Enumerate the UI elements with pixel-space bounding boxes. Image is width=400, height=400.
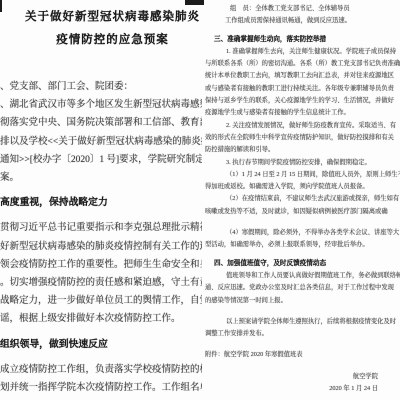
text-line: 通、反应迅速。党政办公室及时汇总各类信息，对于工作过程中发现 [202,282,400,294]
text-line: 好新型冠状病毒感染的肺炎疫情控制有关工作的通 [0,238,203,256]
text-line: 1. 准确掌握师生去向，关注师生健康状况。学院班子成员保持 [202,46,400,58]
text-line: （4）寒假期间，除必须外，不得举办各类学术会议、讲座等大 [202,227,400,239]
text-line: 咳嗽或发热等不适，及时就诊，如因疑似病例被医疗部门隔离或确 [202,206,400,218]
text-line: 调整工作安排并发布。 [202,328,400,340]
text-line: 成立疫情防控工作组，负责落实学校疫情防控的相 [0,361,203,379]
text-line: 附件：航空学院 2020 年寒假值班表 [202,349,400,361]
scan-artifact-mark [0,0,2,12]
text-line: 工作组成员需保持通讯畅通，做到反应迅速。 [202,15,400,27]
scan-artifact-mark [185,0,204,5]
text-line: （2）在疫情结束前，不建议师生去武汉旅游或探亲，师生如有 [202,193,400,205]
text-line: 贯彻习近平总书记重要指示和李克强总理批示精神 [0,219,203,237]
section-heading: 高度重视，保持战略定力 [0,194,203,212]
doc-title: 关于做好新型冠状病毒感染肺炎 疫情防控的应急预案 [0,0,203,52]
blank-line [202,340,400,349]
text-line: 。切实增强疫情防控的责任感和紧迫感，守土有责 [0,274,203,292]
text-line: 2. 关注疫情发展情况，做好师生防疫教育宣传。采取适当、有 [202,120,400,132]
section-heading: 四、加强值班值守，及时反馈疫情动态 [202,258,400,270]
text-line: 效的形式在全院师生中科学宣传疫情防护知识，做好防控摸排和有关 [202,132,400,144]
doc-title-line: 关于做好新型冠状病毒感染肺炎 [22,6,203,29]
text-line: 与所联系各系（所）的密切沟通。各系（所）教工党支部书记负责准确 [202,58,400,70]
text-line: 谣，根据上级安排做好本次疫情防控工作。 [0,310,203,328]
text-line: 型活动，如确需举办，必须上报联系领导，经审批后举办。 [202,239,400,251]
text-line: 排以及学校<<关于做好新型冠状病毒感染的肺炎疫 [0,133,203,151]
text-line: 通知>>[校办字〔2020〕1 号]要求，学院研究制定本 [0,151,203,169]
text-line: 防控措施的解读和引导。 [202,144,400,156]
text-line: 航空学院 [202,371,400,383]
right-page: 组 员：全体教工党支部书记、全体辅导员工作组成员需保持通讯畅通，做到反应迅速。三… [202,3,400,400]
text-line: 2020 年 1 月 24 日 [202,383,400,395]
text-line: 值班领导和工作人员要认真做好假期值班工作，务必做到联络畅 [202,270,400,282]
text-line: 3. 执行春节期间学院疫情防控安排，确保假期稳定。 [202,157,400,169]
text-line: （1）1 月 24 日至 2 月 15 日期间，除值班人员外，原则上师生不 [202,169,400,181]
text-line: 战略定力，进一步做好单位员工的舆情工作，自觉 [0,292,203,310]
text-line: 彻落实党中央、国务院决策部署和工信部、教育部、 [0,114,203,132]
section-heading: 组织领导，做到快速反应 [0,336,203,354]
document-scan: 关于做好新型冠状病毒感染肺炎 疫情防控的应急预案 、党支部、部门工会、院团委：、… [0,0,400,400]
text-line: 、党支部、部门工会、院团委： [0,78,203,96]
text-line: 得加班或返校。如确需进入学院，须向学院值班人员报备。 [202,181,400,193]
text-line: 疫源地学生或与感染者有接触的学生信息统计工作。 [202,107,400,119]
text-line: 划并统一指挥学院本次疫情防控工作。工作组名单 [0,379,203,397]
doc-title-line: 疫情防控的应急预案 [22,29,203,52]
blank-line [202,307,400,316]
left-page: 关于做好新型冠状病毒感染肺炎 疫情防控的应急预案 、党支部、部门工会、院团委：、… [0,0,203,400]
left-page-body: 、党支部、部门工会、院团委：、湖北省武汉市等多个地区发生新型冠状病毒感染彻落实党… [0,78,203,397]
text-line: 组 员：全体教工党支部书记、全体辅导员 [202,3,400,15]
text-line: 的感染等情况第一时间上报。 [202,295,400,307]
text-line: 保持与返乡学生的联系，关心疫源地学生的学习、生活情况，并做好 [202,95,400,107]
text-line: 、湖北省武汉市等多个地区发生新型冠状病毒感染 [0,96,203,114]
section-heading: 三、准确掌握师生动向，落实防控举措 [202,34,400,46]
blank-line [202,362,400,371]
text-line: 领会疫情防控工作的重要性。把师生生命安全和身 [0,256,203,274]
text-line: 以上预案请学院全体师生遵照执行，后续将根据疫情变化及时 [202,316,400,328]
text-line: 统计本单位教职工去向，填写教职工去向汇总表，并对往来疫源地区 [202,70,400,82]
text-line: 案。 [0,169,203,187]
blank-line [202,218,400,227]
text-line: 或与感染者有接触的教职工进行持续关注。各年级专兼职辅导员负责 [202,83,400,95]
